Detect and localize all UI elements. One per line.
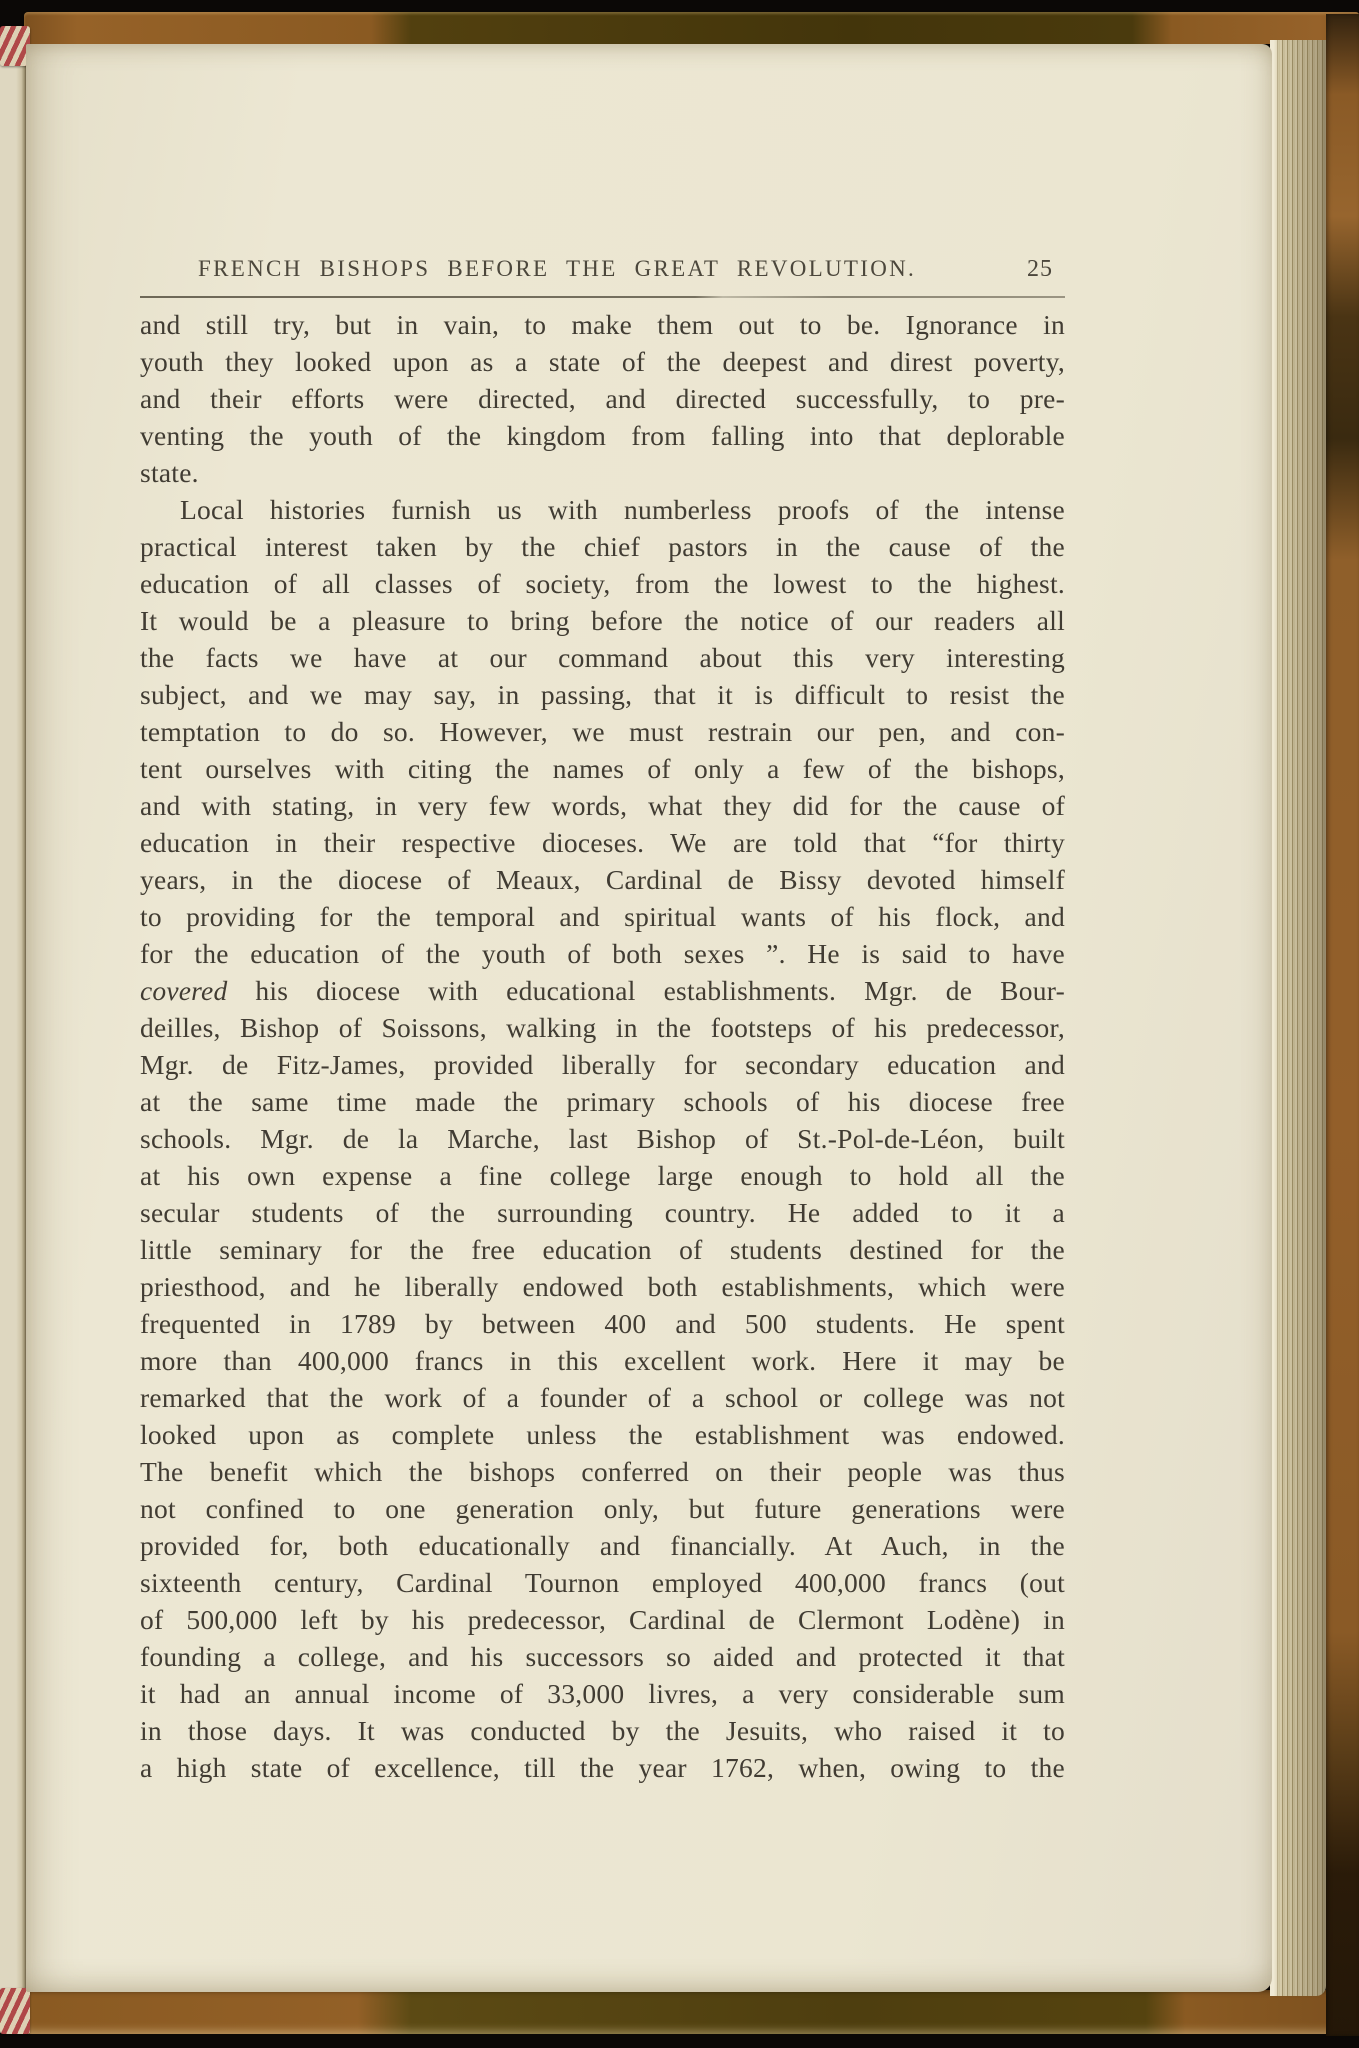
header-rule: [140, 296, 1065, 298]
book-cover-top-edge: [24, 12, 1359, 44]
body-line: remarked that the work of a founder of a…: [140, 1379, 1065, 1416]
book-cover-right: [1326, 14, 1359, 2036]
page-number: 25: [1027, 256, 1065, 283]
book-cover-bottom-edge: [24, 1990, 1359, 2034]
book-page: FRENCH BISHOPS BEFORE THE GREAT REVOLUTI…: [26, 44, 1272, 1992]
page-edge-left: [0, 58, 26, 1990]
running-title: FRENCH BISHOPS BEFORE THE GREAT REVOLUTI…: [140, 256, 916, 282]
body-line: at the same time made the primary school…: [140, 1083, 1065, 1120]
body-line: secular students of the surrounding coun…: [140, 1194, 1065, 1231]
body-line: of 500,000 left by his predecessor, Card…: [140, 1601, 1065, 1638]
body-line: and with stating, in very few words, wha…: [140, 787, 1065, 824]
body-line: and their efforts were directed, and dir…: [140, 380, 1065, 417]
headband-bottom: [0, 1988, 30, 2034]
page-header: FRENCH BISHOPS BEFORE THE GREAT REVOLUTI…: [140, 256, 1065, 283]
body-line: The benefit which the bishops conferred …: [140, 1453, 1065, 1490]
body-line: a high state of excellence, till the yea…: [140, 1749, 1065, 1786]
body-line: and still try, but in vain, to make them…: [140, 306, 1065, 343]
body-line: in those days. It was conducted by the J…: [140, 1712, 1065, 1749]
body-line: Mgr. de Fitz-James, provided liberally f…: [140, 1046, 1065, 1083]
body-line: sixteenth century, Cardinal Tournon empl…: [140, 1564, 1065, 1601]
body-line: little seminary for the free education o…: [140, 1231, 1065, 1268]
body-line: more than 400,000 francs in this excelle…: [140, 1342, 1065, 1379]
body-line: covered his diocese with educational est…: [140, 972, 1065, 1009]
body-line: education of all classes of society, fro…: [140, 565, 1065, 602]
body-line: not confined to one generation only, but…: [140, 1490, 1065, 1527]
book-photo: { "colors": { "backdrop": "#0b0806", "pa…: [0, 0, 1359, 2048]
body-line: schools. Mgr. de la Marche, last Bishop …: [140, 1120, 1065, 1157]
body-line: founding a college, and his successors s…: [140, 1638, 1065, 1675]
body-line: frequented in 1789 by between 400 and 50…: [140, 1305, 1065, 1342]
body-line: temptation to do so. However, we must re…: [140, 713, 1065, 750]
body-line: looked upon as complete unless the estab…: [140, 1416, 1065, 1453]
body-line: at his own expense a fine college large …: [140, 1157, 1065, 1194]
body-text: and still try, but in vain, to make them…: [140, 306, 1065, 1786]
body-line: the facts we have at our command about t…: [140, 639, 1065, 676]
body-line: education in their respective dioceses. …: [140, 824, 1065, 861]
body-line: practical interest taken by the chief pa…: [140, 528, 1065, 565]
body-line: for the education of the youth of both s…: [140, 935, 1065, 972]
body-line: it had an annual income of 33,000 livres…: [140, 1675, 1065, 1712]
body-line: deilles, Bishop of Soissons, walking in …: [140, 1009, 1065, 1046]
body-line: priesthood, and he liberally endowed bot…: [140, 1268, 1065, 1305]
body-line: subject, and we may say, in passing, tha…: [140, 676, 1065, 713]
body-line: state.: [140, 454, 1065, 491]
page-stack-fore-edge: [1270, 40, 1326, 1996]
body-line: youth they looked upon as a state of the…: [140, 343, 1065, 380]
body-line: years, in the diocese of Meaux, Cardinal…: [140, 861, 1065, 898]
body-line: It would be a pleasure to bring before t…: [140, 602, 1065, 639]
body-line: venting the youth of the kingdom from fa…: [140, 417, 1065, 454]
body-line: provided for, both educationally and fin…: [140, 1527, 1065, 1564]
body-line: Local histories furnish us with numberle…: [140, 491, 1065, 528]
body-line: to providing for the temporal and spirit…: [140, 898, 1065, 935]
body-line: tent ourselves with citing the names of …: [140, 750, 1065, 787]
